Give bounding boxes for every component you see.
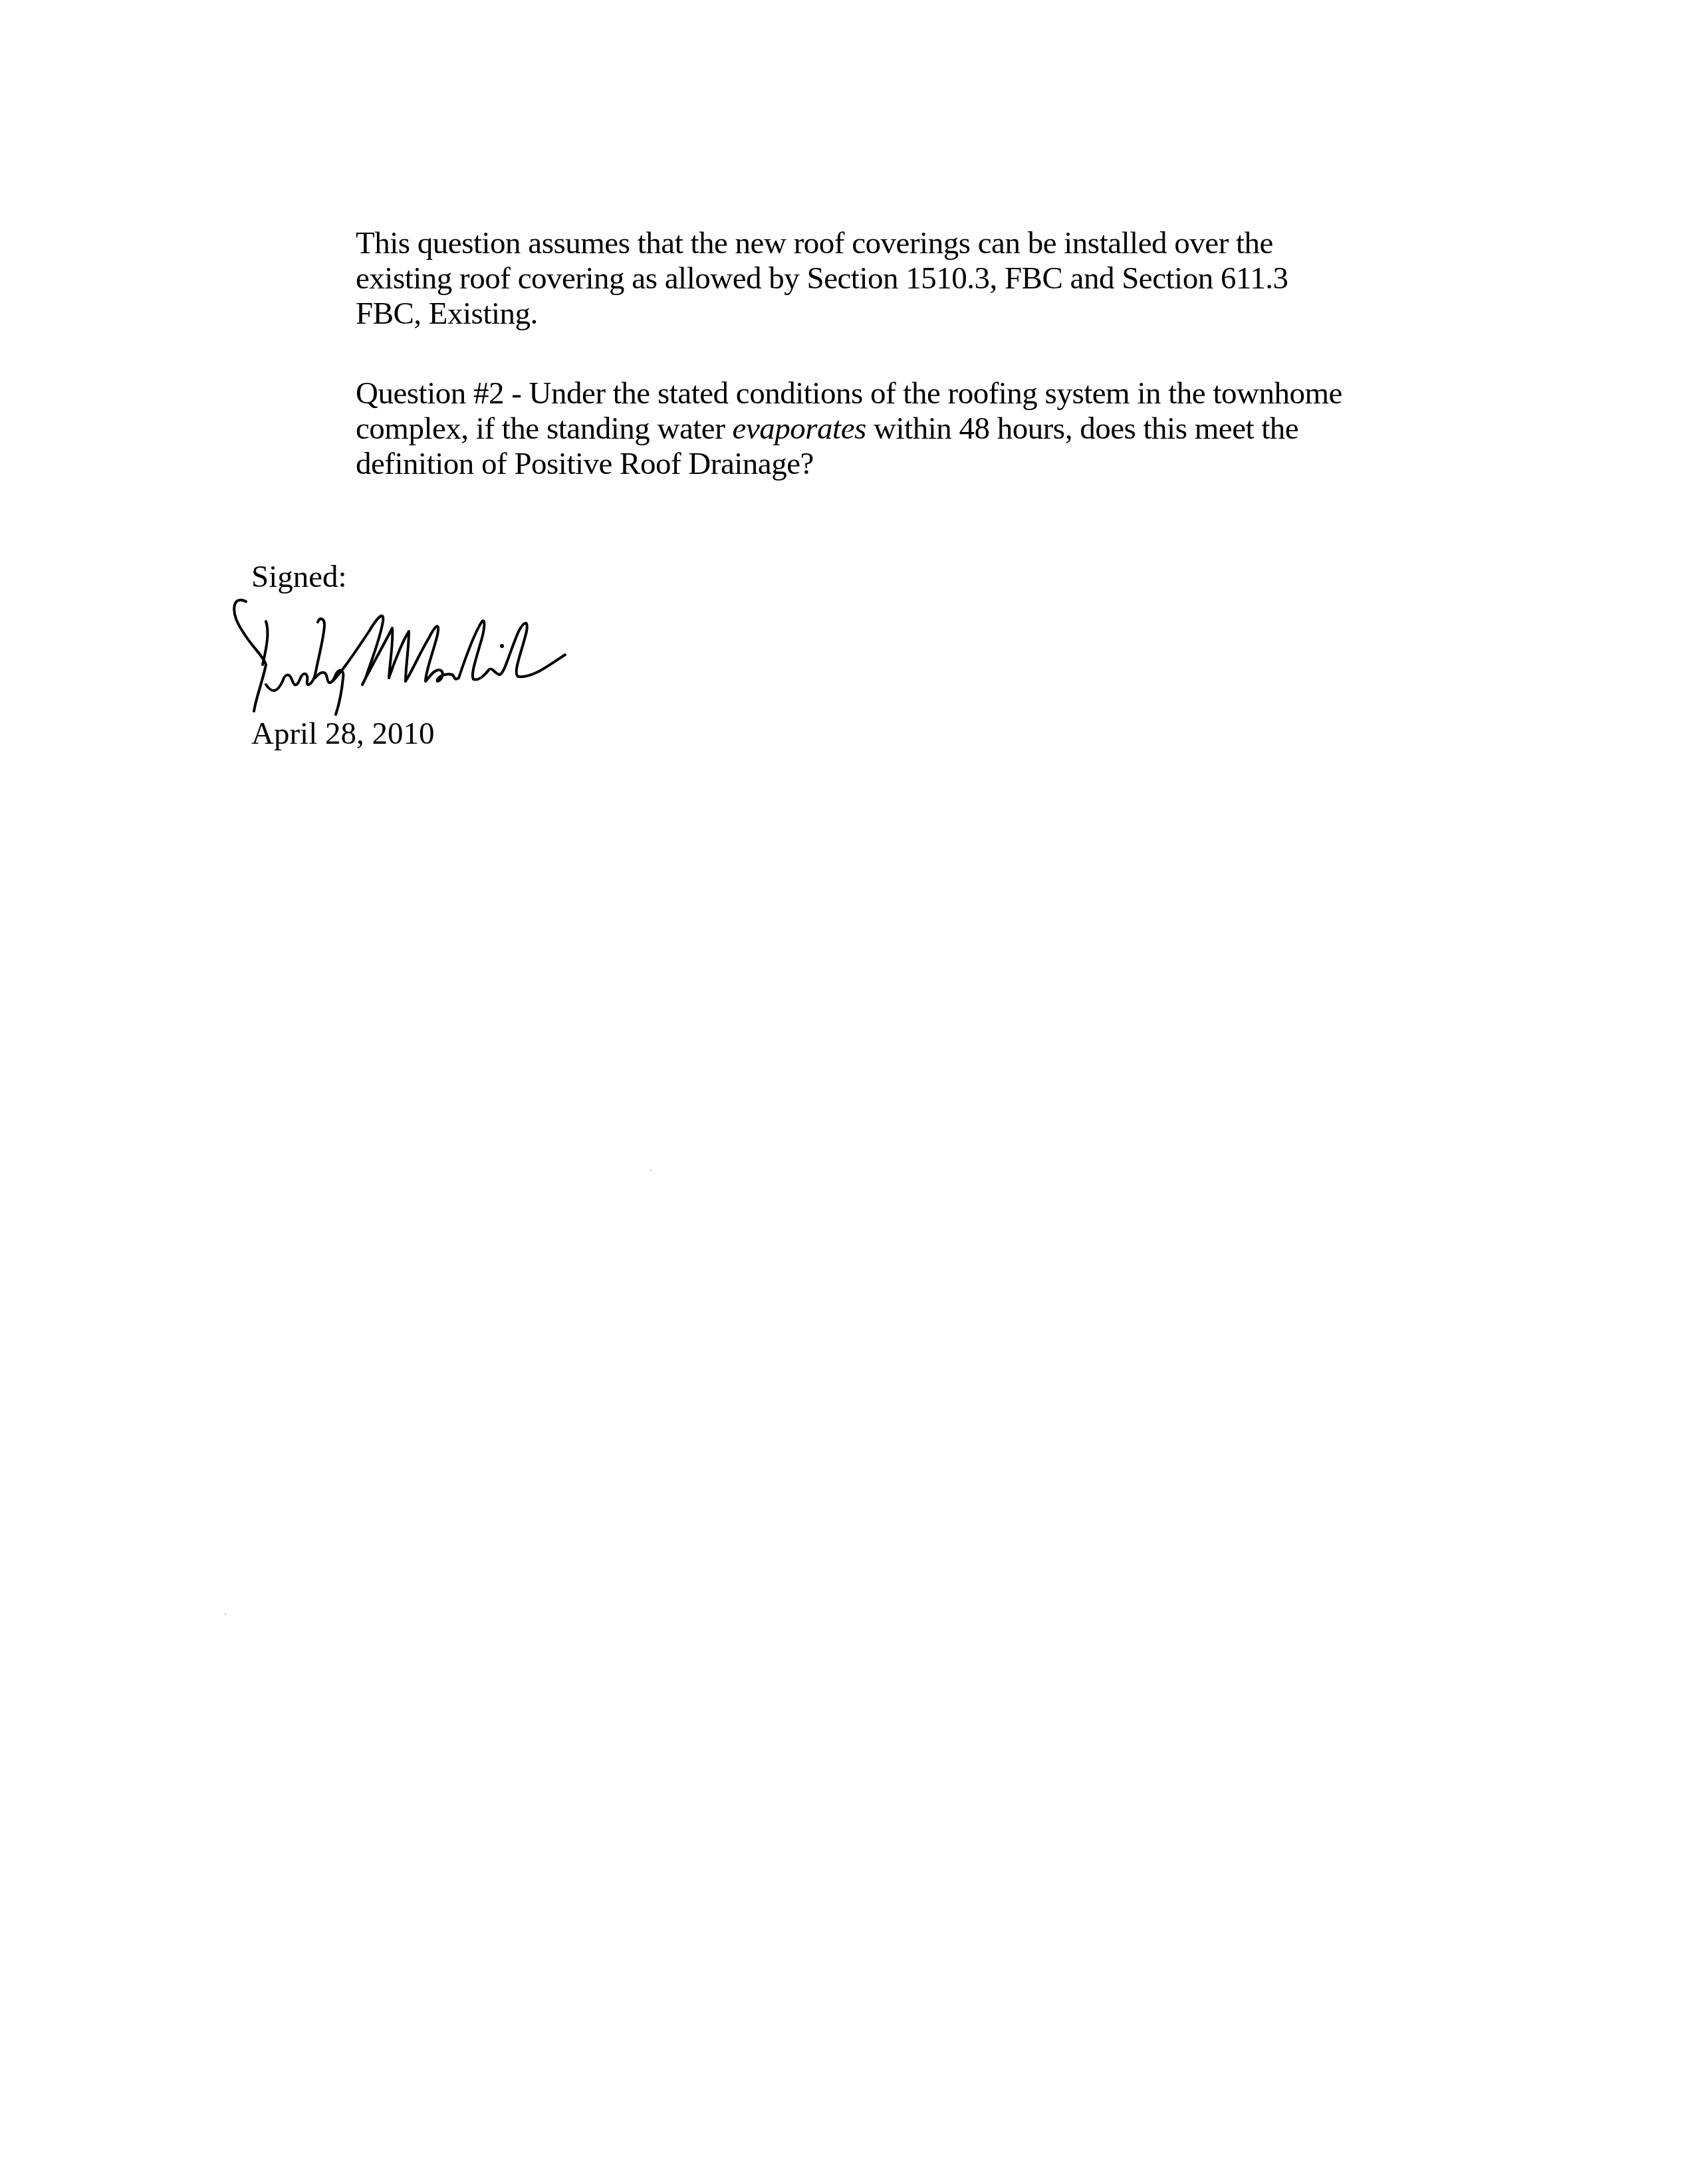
paragraph-line: FBC, Existing. [356, 296, 1459, 332]
paragraph-line: existing roof covering as allowed by Sec… [356, 261, 1459, 296]
paragraph-line: complex, if the standing water evaporate… [356, 411, 1459, 447]
paragraph-line: This question assumes that the new roof … [356, 226, 1459, 261]
text-span: within 48 hours, does this meet the [866, 411, 1298, 446]
signed-label: Signed: [251, 560, 347, 595]
scan-speck [650, 1170, 652, 1171]
signature-date: April 28, 2010 [251, 716, 434, 752]
scan-speck [225, 1614, 226, 1615]
paragraph-line: Question #2 - Under the stated condition… [356, 376, 1459, 411]
paragraph-line: definition of Positive Roof Drainage? [356, 447, 1459, 482]
paragraph-question-2: Question #2 - Under the stated condition… [356, 376, 1459, 482]
paragraph-assumption: This question assumes that the new roof … [356, 226, 1459, 332]
signature-image [226, 592, 731, 718]
text-span: complex, if the standing water [356, 411, 733, 446]
italic-term: evaporates [733, 411, 866, 446]
